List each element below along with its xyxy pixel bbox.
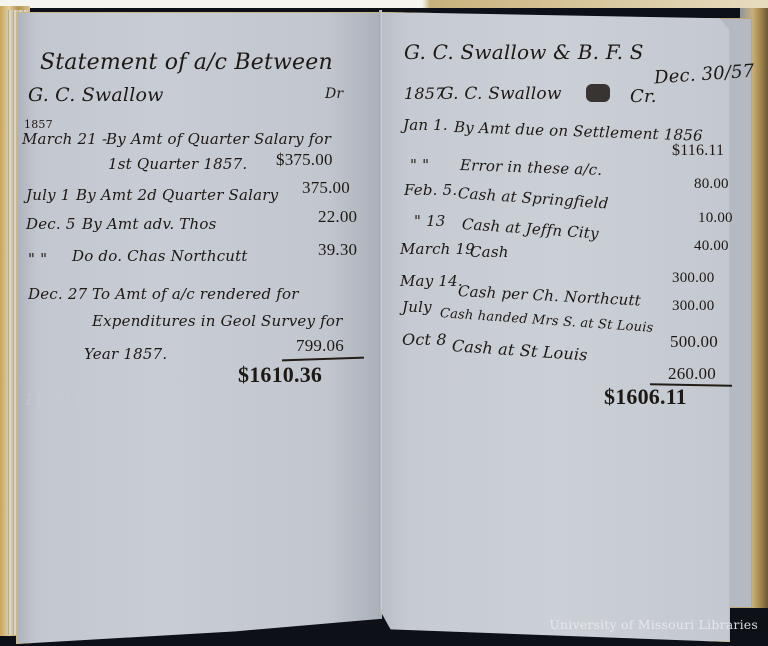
ledger-entry-amount: 375.00 [302,178,350,198]
ledger-entry-amount: 500.00 [670,332,718,352]
ledger-entry-amount: 260.00 [668,364,716,384]
library-watermark: University of Missouri Libraries [549,617,758,632]
ledger-entry-date: March 19 [400,240,475,258]
ledger-entry-date: July 1 [26,186,70,204]
ledger-entry-date: Dec. 27 [28,285,87,303]
ledger-entry-date: " 13 [414,212,446,230]
ledger-entry-date: Feb. 5. [404,181,457,199]
ledger-entry-amount: $116.11 [672,142,724,160]
ledger-entry-text: By Amt adv. Thos [82,215,217,233]
ledger-entry-amount: 300.00 [672,270,714,287]
statement-title: Statement of a/c Between [40,50,333,75]
ledger-entry-amount: 40.00 [694,238,729,255]
debit-label: Dr [325,86,343,102]
ledger-total: $1610.36 [238,362,322,388]
ledger-entry-date: " " [28,250,47,268]
account-heading: G. C. Swallow & B. F. S [404,40,644,64]
ink-blot [586,84,610,102]
ledger-entry-text: Cash [470,243,509,261]
ledger-entry-date: March 21 - [22,130,107,148]
ledger-total: $1606.11 [604,384,687,410]
ledger-entry-amount: 799.06 [296,336,344,356]
ledger-entry-date: May 14. [400,272,463,290]
ledger-entry-text: Expenditures in Geol Survey for [92,312,343,330]
bleed-through-text: 11.00 $ [24,390,85,409]
ledger-entry-amount: 80.00 [694,176,729,193]
ledger-entry-text: Year 1857. [84,345,167,363]
ledger-entry-date: " " [410,156,429,174]
ledger-entry-text: 1st Quarter 1857. [108,155,247,173]
ledger-entry-date: July [402,298,432,316]
party-name-right: G. C. Swallow [440,84,562,104]
credit-label: Cr. [630,86,657,107]
bleed-through-text: 1 00 $1 [404,367,465,386]
top-edge [0,0,768,8]
party-name-left: G. C. Swallow [28,84,164,106]
ledger-entry-amount: 22.00 [318,207,357,227]
ledger-entry-text: By Amt 2d Quarter Salary [76,186,278,204]
ledger-entry-amount: 300.00 [672,298,714,315]
ledger-entry-date: Dec. 5 [26,215,76,233]
ledger-entry-date: Jan 1. [403,116,448,134]
book-spine [379,10,382,610]
ledger-entry-amount: 10.00 [698,210,733,227]
ledger-entry-amount: 39.30 [318,240,357,260]
ledger-entry-text: Do do. Chas Northcutt [72,247,248,265]
ledger-entry-date: Oct 8 [402,330,447,349]
ledger-entry-text: To Amt of a/c rendered for [92,285,299,303]
ledger-entry-amount: $375.00 [276,150,333,170]
ledger-entry-text: By Amt of Quarter Salary for [106,130,331,148]
